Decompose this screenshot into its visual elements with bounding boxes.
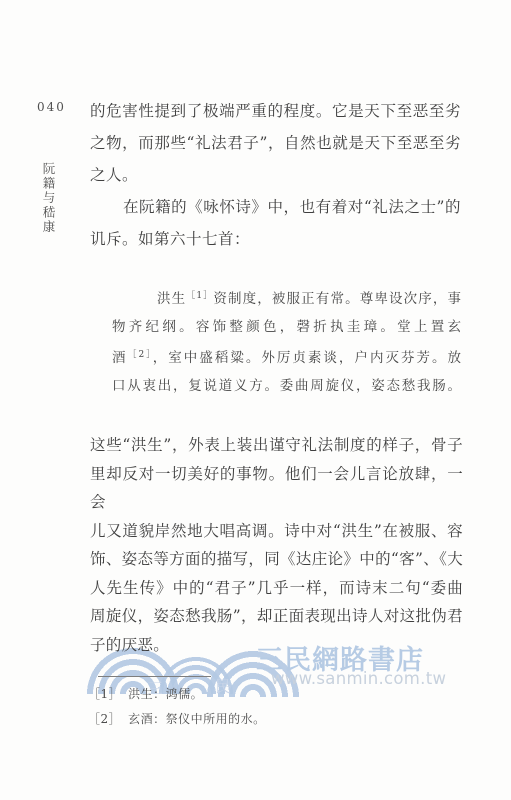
footnote-text: 玄酒：祭仪中所用的水。	[128, 712, 266, 726]
spine-title: 阮籍与嵇康	[42, 162, 55, 235]
page-number: 040	[37, 100, 66, 114]
footnotes: ［1］洪生：鸿儒。 ［2］玄酒：祭仪中所用的水。	[88, 682, 428, 732]
text-line: 里却反对一切美好的事物。他们一会儿言论放肆，一会	[90, 460, 463, 517]
poem-line: 口从衷出，复说道义方。委曲周旋仪，姿态愁我肠。	[112, 372, 461, 400]
body-paragraph: 这些“洪生”，外表上装出谨守礼法制度的样子，骨子 里却反对一切美好的事物。他们一…	[90, 431, 463, 659]
footnote: ［2］玄酒：祭仪中所用的水。	[88, 707, 428, 732]
footnote: ［1］洪生：鸿儒。	[88, 682, 428, 707]
text-line: 这些“洪生”，外表上装出谨守礼法制度的样子，骨子	[90, 431, 463, 460]
poem-text: 洪生	[157, 291, 186, 307]
poem-line: 酒［2］，室中盛稻粱。外厉贞素谈，户内灭芬芳。放	[112, 341, 461, 372]
text-line: 在阮籍的《咏怀诗》中，也有着对“礼法之士”的	[90, 191, 461, 223]
text-line: 之物，而那些“礼法君子”，自然也就是天下至恶至劣	[90, 127, 461, 159]
footnote-ref-2: ［2］	[128, 350, 153, 360]
poem-text: 酒	[112, 350, 128, 366]
text-line: 讥斥。如第六十七首：	[90, 223, 461, 255]
footnote-marker: ［1］	[88, 687, 121, 701]
text-line: 的危害性提到了极端严重的程度。它是天下至恶至劣	[90, 95, 461, 127]
poem-line: 物齐纪纲。容饰整颜色，磬折执圭璋。堂上置玄	[112, 313, 461, 341]
footnote-marker: ［2］	[88, 712, 121, 726]
poem-line: 洪生［1］资制度，被服正有常。尊卑设次序，事	[112, 282, 461, 313]
body-paragraphs: 的危害性提到了极端严重的程度。它是天下至恶至劣 之物，而那些“礼法君子”，自然也…	[90, 95, 461, 255]
text-line: 儿又道貌岸然地大唱高调。诗中对“洪生”在被服、容	[90, 517, 463, 546]
footnote-text: 洪生：鸿儒。	[128, 687, 203, 701]
poem-text: 资制度，被服正有常。尊卑设次序，事	[213, 291, 461, 307]
poem-text: ，室中盛稻粱。外厉贞素谈，户内灭芬芳。放	[153, 350, 461, 366]
text-line: 子的厌恶。	[90, 631, 463, 660]
text-line: 周旋仪，姿态愁我肠”，却正面表现出诗人对这批伪君	[90, 602, 463, 631]
text-line: 之人。	[90, 159, 461, 191]
footnote-ref-1: ［1］	[186, 291, 213, 301]
footnote-separator	[98, 676, 211, 677]
poem-quote: 洪生［1］资制度，被服正有常。尊卑设次序，事 物齐纪纲。容饰整颜色，磬折执圭璋。…	[112, 282, 461, 400]
book-page: 三 民 三民網路書店 www.sanmin.com.tw 040 阮籍与嵇康 的…	[0, 0, 511, 800]
text-line: 饰、姿态等方面的描写，同《达庄论》中的“客”、《大	[90, 545, 463, 574]
text-line: 人先生传》中的“君子”几乎一样，而诗末二句“委曲	[90, 574, 463, 603]
